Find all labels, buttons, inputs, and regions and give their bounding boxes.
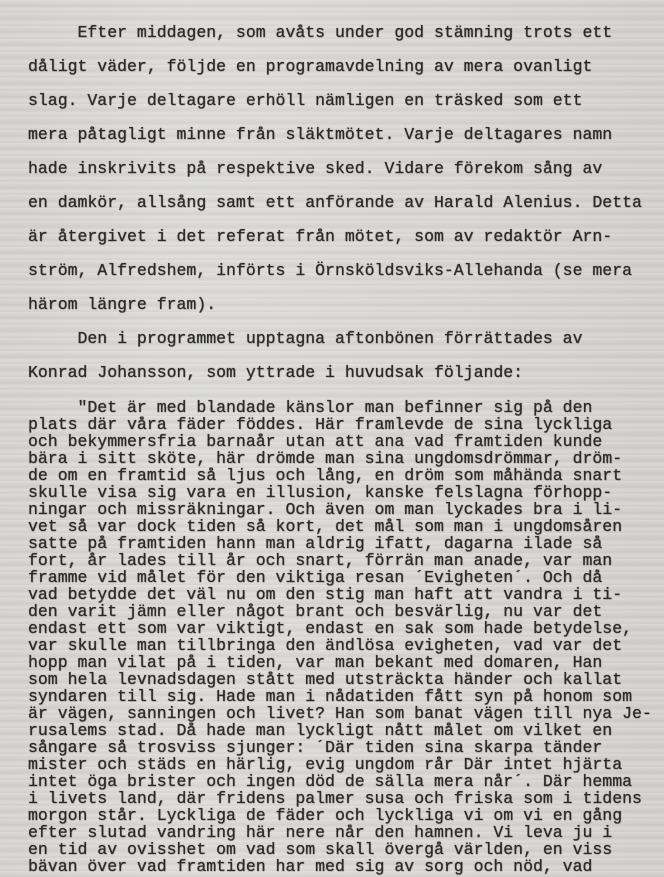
text-line: Konrad Johansson, som yttrade i huvudsak… (28, 356, 656, 390)
text-line: Den i programmet upptagna aftonbönen för… (28, 322, 656, 356)
text-line: efter slutad vandring här nere når den h… (28, 824, 656, 841)
text-line: bära i sitt sköte, här drömde man sina u… (28, 450, 656, 467)
text-line: de om en framtid så ljus och lång, en dr… (28, 467, 656, 484)
text-line: hopp man vilat på i tiden, var man bekan… (28, 654, 656, 671)
text-line: vet så var dock tiden så kort, det mål s… (28, 518, 656, 535)
text-line: "Det är med blandade känslor man befinne… (28, 399, 656, 416)
text-line: skulle visa sig vara en illusion, kanske… (28, 484, 656, 501)
text-line: mera påtagligt minne från släktmötet. Va… (28, 118, 656, 152)
text-line: satte på framtiden hann man aldrig ifatt… (28, 535, 656, 552)
text-line: en tid av ovisshet om vad som skall över… (28, 841, 656, 858)
paragraph: "Det är med blandade känslor man befinne… (28, 399, 656, 875)
paragraph: Den i programmet upptagna aftonbönen för… (28, 322, 656, 390)
text-line: morgon står. Lyckliga de fäder och lyckl… (28, 807, 656, 824)
text-line: dåligt väder, följde en programavdelning… (28, 50, 656, 84)
text-line: är återgivet i det referat från mötet, s… (28, 220, 656, 254)
text-line: en damkör, allsång samt ett anförande av… (28, 186, 656, 220)
paragraph: Efter middagen, som avåts under god stäm… (28, 16, 656, 322)
text-line: syndaren till sig. Hade man i nådatiden … (28, 688, 656, 705)
text-line: härom längre fram). (28, 288, 656, 322)
text-line: plats där våra fäder föddes. Här framlev… (28, 416, 656, 433)
text-line: hade inskrivits på respektive sked. Vida… (28, 152, 656, 186)
text-line: sångare så trosviss sjunger: ´Där tiden … (28, 739, 656, 756)
text-line: slag. Varje deltagare erhöll nämligen en… (28, 84, 656, 118)
text-line: ningar och missräkningar. Och även om ma… (28, 501, 656, 518)
text-line: rusalems stad. Då hade man lyckligt nått… (28, 722, 656, 739)
text-line: i livets land, där fridens palmer susa o… (28, 790, 656, 807)
text-line: intet öga brister och ingen död de sälla… (28, 773, 656, 790)
text-line: vad betydde det väl nu om den stig man h… (28, 586, 656, 603)
scanned-page: Efter middagen, som avåts under god stäm… (0, 0, 664, 877)
text-line: endast ett som var viktigt, endast en sa… (28, 620, 656, 637)
text-line: Efter middagen, som avåts under god stäm… (28, 16, 656, 50)
text-line: är vägen, sanningen och livet? Han som b… (28, 705, 656, 722)
text-line: och bekymmersfria barnaår utan att ana v… (28, 433, 656, 450)
text-line: framme vid målet för den viktiga resan ´… (28, 569, 656, 586)
text-line: som hela levnadsdagen stått med utsträck… (28, 671, 656, 688)
text-line: den varit jämn eller något brant och bes… (28, 603, 656, 620)
text-line: fort, år lades till år och snart, förrän… (28, 552, 656, 569)
text-line: mister och städs en härlig, evig ungdom … (28, 756, 656, 773)
text-line: var skulle man tillbringa den ändlösa ev… (28, 637, 656, 654)
document-body: Efter middagen, som avåts under god stäm… (28, 16, 656, 875)
text-line: bävan över vad framtiden har med sig av … (28, 858, 656, 875)
text-line: ström, Alfredshem, införts i Örnsköldsvi… (28, 254, 656, 288)
